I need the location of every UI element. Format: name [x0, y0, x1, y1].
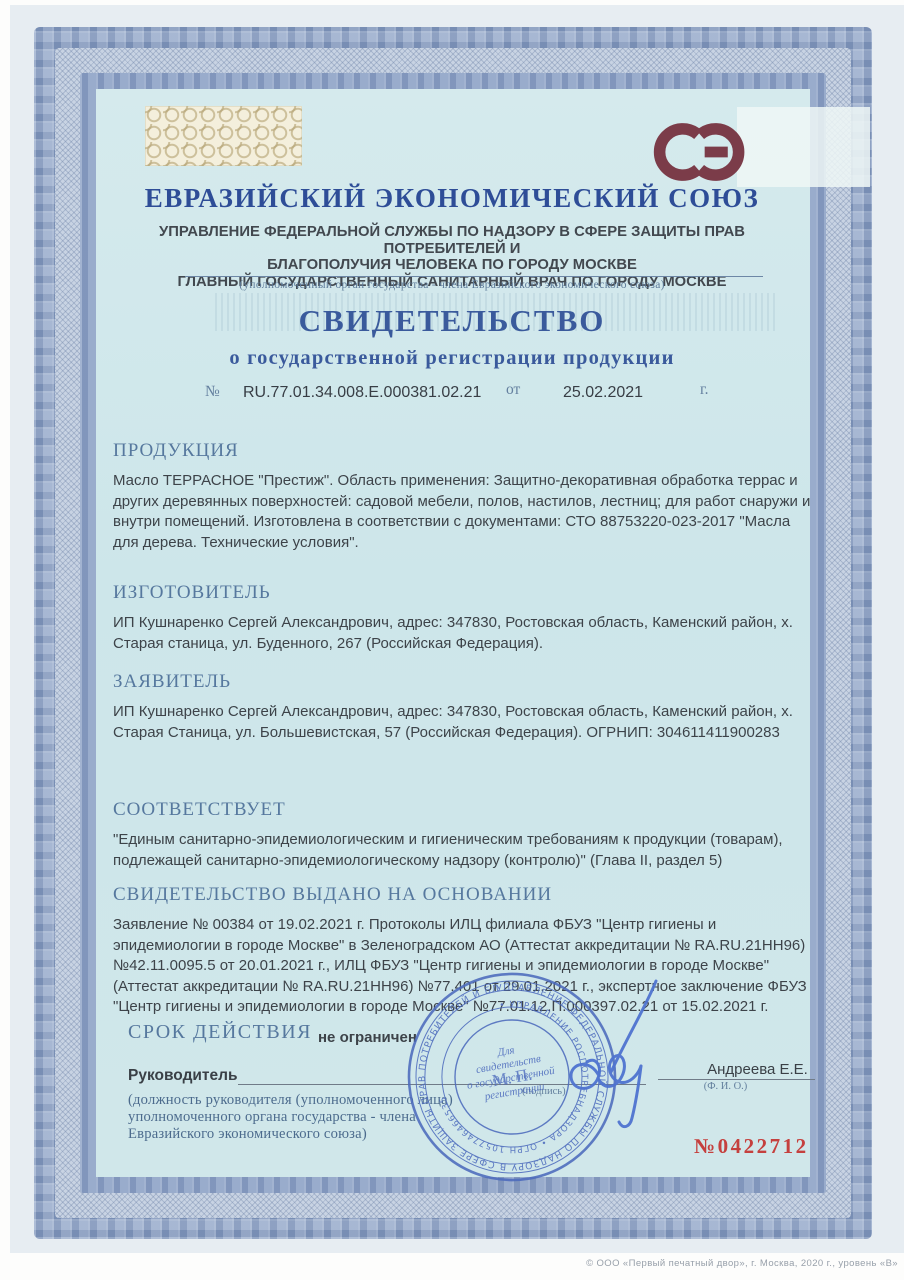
section-body: Масло ТЕРРАСНОЕ "Престиж". Область приме…: [113, 471, 813, 553]
validity-label: СРОК ДЕЙСТВИЯ: [128, 1021, 312, 1044]
section-applicant: ЗАЯВИТЕЛЬ ИП Кушнаренко Сергей Александр…: [113, 671, 813, 743]
scan-light-area: [737, 107, 870, 187]
year-label: г.: [700, 381, 708, 399]
authority-line2: БЛАГОПОЛУЧИЯ ЧЕЛОВЕКА ПО ГОРОДУ МОСКВЕ: [96, 257, 808, 274]
section-heading: ПРОДУКЦИЯ: [113, 440, 813, 462]
section-body: "Единым санитарно-эпидемиологическим и г…: [113, 830, 813, 871]
hologram-sticker: [145, 106, 302, 166]
from-label: от: [506, 381, 520, 399]
certificate-title: СВИДЕТЕЛЬСТВО: [96, 303, 808, 339]
printer-note: © ООО «Первый печатный двор», г. Москва,…: [0, 1258, 898, 1269]
section-product: ПРОДУКЦИЯ Масло ТЕРРАСНОЕ "Престиж". Обл…: [113, 440, 813, 553]
certificate-subtitle: о государственной регистрации продукции: [96, 347, 808, 370]
serial-number: №0422712: [694, 1134, 809, 1159]
section-body: ИП Кушнаренко Сергей Александрович, адре…: [113, 702, 813, 743]
section-heading: СВИДЕТЕЛЬСТВО ВЫДАНО НА ОСНОВАНИИ: [113, 884, 813, 906]
role-label: Руководитель: [128, 1067, 238, 1085]
authority-note: (уполномоченный орган государства - член…: [96, 279, 808, 291]
certificate-number: RU.77.01.34.008.Е.000381.02.21: [243, 384, 481, 402]
section-heading: ИЗГОТОВИТЕЛЬ: [113, 582, 813, 604]
section-heading: ЗАЯВИТЕЛЬ: [113, 671, 813, 693]
authority-line1: УПРАВЛЕНИЕ ФЕДЕРАЛЬНОЙ СЛУЖБЫ ПО НАДЗОРУ…: [96, 224, 808, 257]
certificate-page: ЕВРАЗИЙСКИЙ ЭКОНОМИЧЕСКИЙ СОЮЗ УПРАВЛЕНИ…: [0, 0, 904, 1280]
name-line: [658, 1079, 815, 1080]
eaeu-se-logo-icon: [648, 112, 756, 192]
handwritten-signature: [540, 978, 675, 1143]
section-body: ИП Кушнаренко Сергей Александрович, адре…: [113, 613, 813, 654]
union-title: ЕВРАЗИЙСКИЙ ЭКОНОМИЧЕСКИЙ СОЮЗ: [96, 183, 808, 214]
section-manufacturer: ИЗГОТОВИТЕЛЬ ИП Кушнаренко Сергей Алекса…: [113, 582, 813, 654]
signatory-name: Андреева Е.Е.: [700, 1061, 815, 1078]
number-sign-label: №: [205, 383, 220, 401]
section-heading: СООТВЕТСТВУЕТ: [113, 799, 813, 821]
certificate-date: 25.02.2021: [563, 384, 643, 402]
name-note: (Ф. И. О.): [668, 1081, 783, 1092]
authority-underline: [185, 276, 763, 277]
section-complies: СООТВЕТСТВУЕТ "Единым санитарно-эпидемио…: [113, 799, 813, 871]
